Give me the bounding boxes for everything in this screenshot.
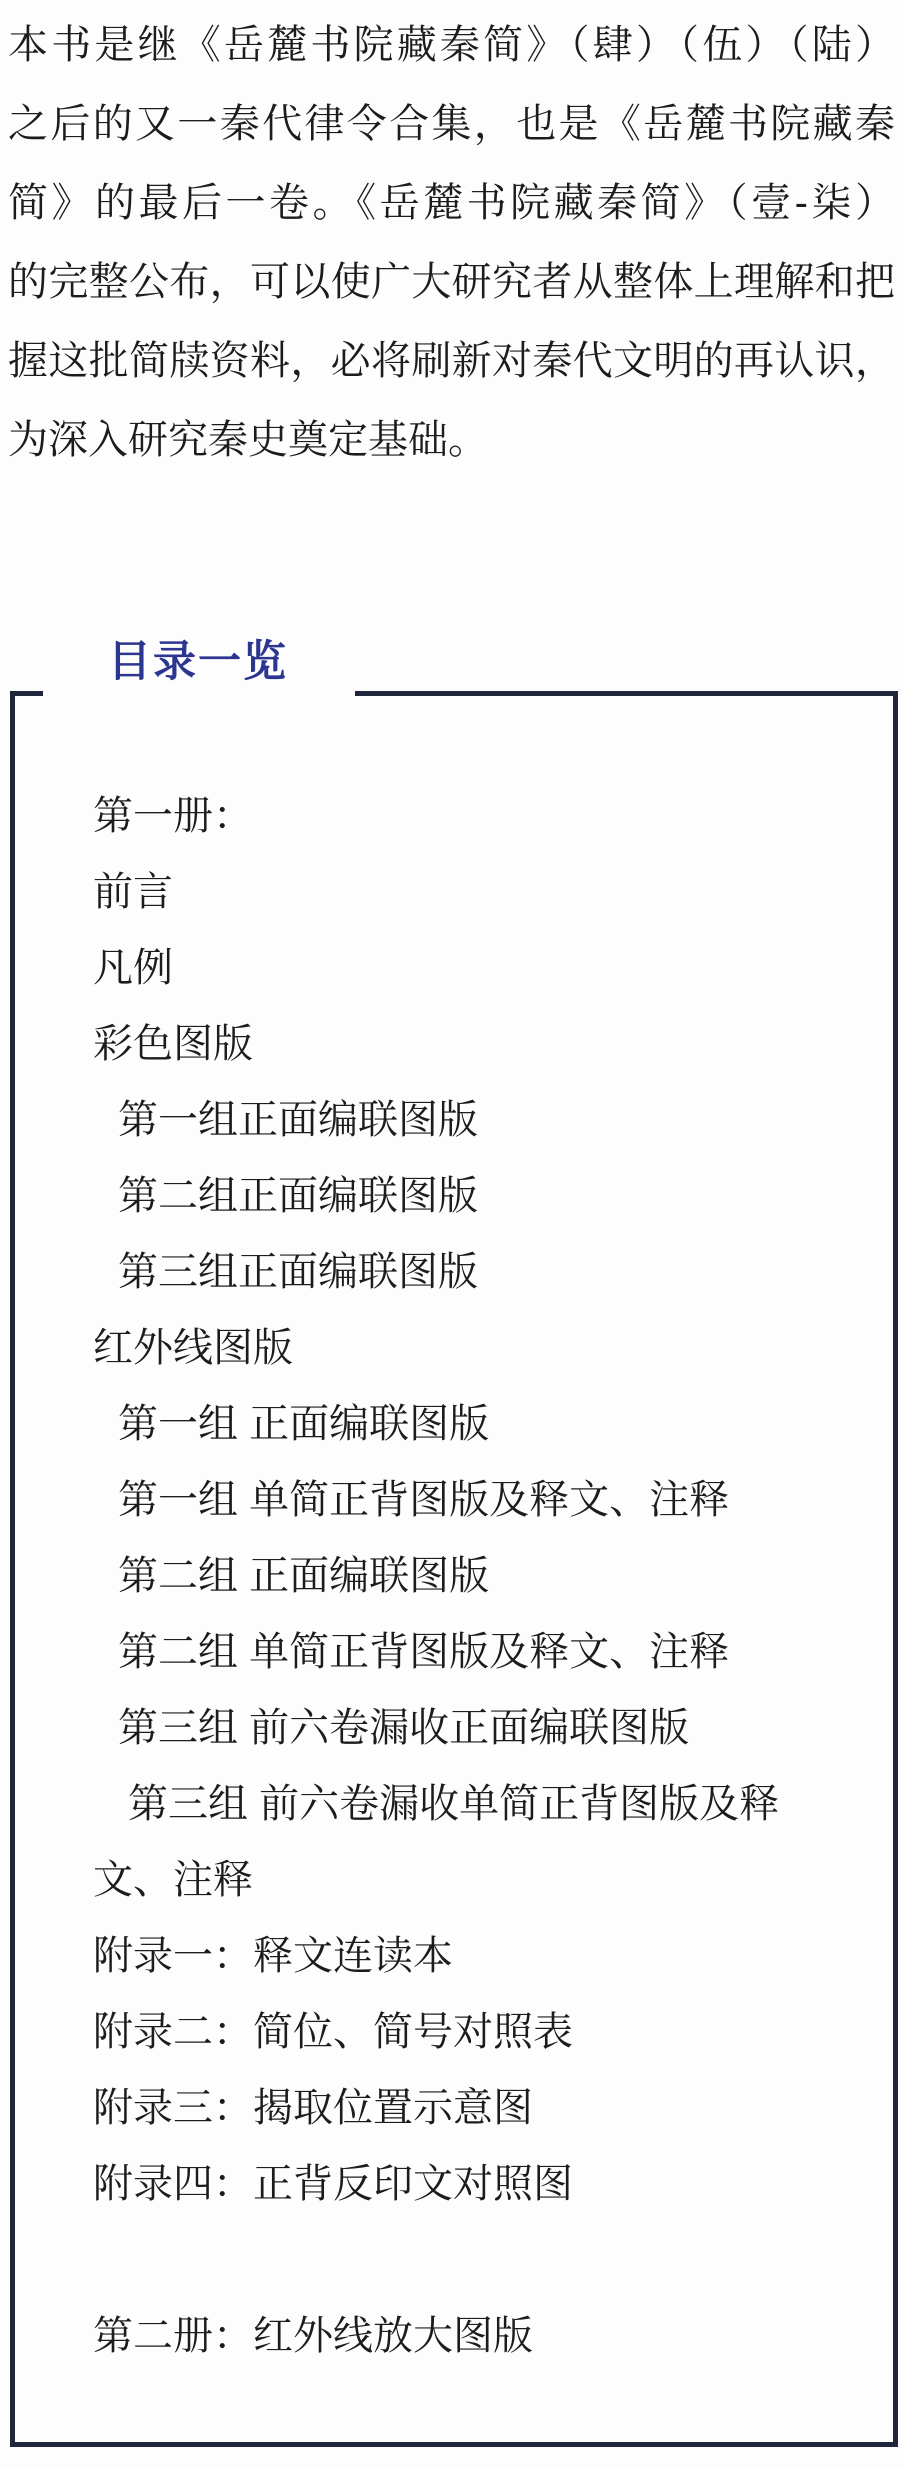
toc-spacer (15, 2218, 893, 2294)
toc-item: 第三组 前六卷漏收单简正背图版及释 (15, 1762, 893, 1838)
paragraph-line: 握这批简牍资料，必将刷新对秦代文明的再认识， (0, 322, 903, 401)
paragraph-line: 简》的最后一卷。《岳麓书院藏秦简》（壹-柒） (0, 164, 903, 243)
toc-item: 第一组 正面编联图版 (15, 1382, 893, 1458)
toc-list: 第一册：前言凡例彩色图版第一组正面编联图版第二组正面编联图版第三组正面编联图版红… (15, 774, 893, 2370)
paragraph-line: 本书是继《岳麓书院藏秦简》（肆）（伍）（陆） (0, 6, 903, 85)
toc-item: 第三组正面编联图版 (15, 1230, 893, 1306)
toc-item: 第二组 正面编联图版 (15, 1534, 893, 1610)
toc-item: 第一组正面编联图版 (15, 1078, 893, 1154)
toc-item: 附录二：简位、简号对照表 (15, 1990, 893, 2066)
toc-item: 凡例 (15, 926, 893, 1002)
paragraph-line: 之后的又一秦代律令合集，也是《岳麓书院藏秦 (0, 85, 903, 164)
toc-item: 前言 (15, 850, 893, 926)
toc-item: 红外线图版 (15, 1306, 893, 1382)
toc-item: 第二组正面编联图版 (15, 1154, 893, 1230)
toc-item: 附录一：释文连读本 (15, 1914, 893, 1990)
intro-paragraph: 本书是继《岳麓书院藏秦简》（肆）（伍）（陆） 之后的又一秦代律令合集，也是《岳麓… (0, 6, 903, 480)
toc-item: 第一册： (15, 774, 893, 850)
toc-heading: 目录一览 (108, 628, 288, 689)
toc-item: 彩色图版 (15, 1002, 893, 1078)
paragraph-line: 为深入研究秦史奠定基础。 (0, 401, 903, 480)
toc-item: 第三组 前六卷漏收正面编联图版 (15, 1686, 893, 1762)
toc-item: 第一组 单简正背图版及释文、注释 (15, 1458, 893, 1534)
paragraph-line: 的完整公布，可以使广大研究者从整体上理解和把 (0, 243, 903, 322)
toc-item: 文、注释 (15, 1838, 893, 1914)
toc-item: 附录三：揭取位置示意图 (15, 2066, 893, 2142)
toc-box: 第一册：前言凡例彩色图版第一组正面编联图版第二组正面编联图版第三组正面编联图版红… (10, 691, 898, 2447)
toc-item: 附录四：正背反印文对照图 (15, 2142, 893, 2218)
toc-item: 第二册：红外线放大图版 (15, 2294, 893, 2370)
toc-item: 第二组 单简正背图版及释文、注释 (15, 1610, 893, 1686)
